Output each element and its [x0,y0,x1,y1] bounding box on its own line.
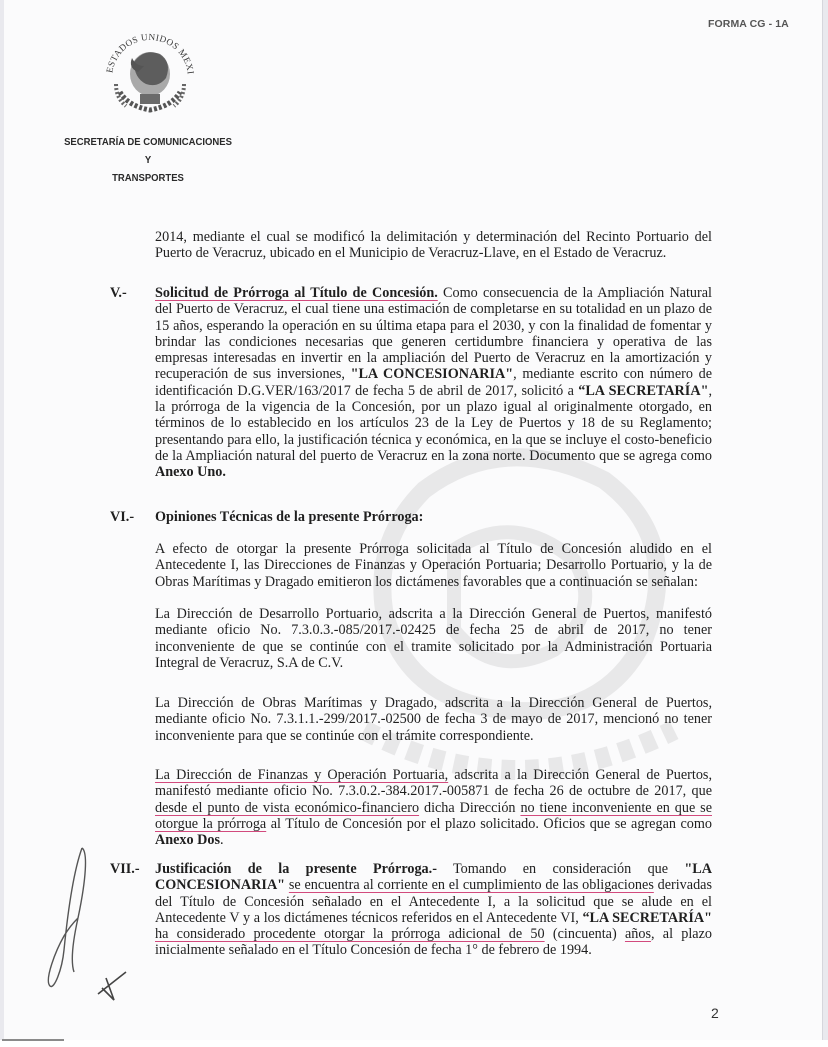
section-v-paragraph: Solicitud de Prórroga al Título de Conce… [155,285,712,481]
form-code: FORMA CG - 1A [708,18,789,30]
page-number: 2 [711,1005,719,1021]
agency-line-2: Y [49,152,247,170]
annex-dos: Anexo Dos [155,832,220,848]
agency-line-1: SECRETARÍA DE COMUNICACIONES [49,134,247,152]
secretaria-ref: “LA SECRETARÍA" [578,383,708,399]
highlight-anos: años [625,926,651,942]
section-vi-paragraph-4: La Dirección de Finanzas y Operación Por… [155,767,712,848]
agency-line-3: TRANSPORTES [49,170,247,188]
p4-end: . [220,832,224,848]
highlight-al-corriente: se encuentra al corriente en el cumplimi… [289,877,654,893]
annex-uno: Anexo Uno. [155,464,226,480]
section-number-vi: VI.- [110,509,134,525]
section-vi-paragraph-3: La Dirección de Obras Marítimas y Dragad… [155,695,712,744]
highlight-prorroga-50: ha considerado procedente otorgar la pró… [155,926,545,942]
p4-text-c: al Título de Concesión por el plazo soli… [266,816,712,832]
p4-text-b: dicha Dirección [419,800,520,816]
section-v-title: Solicitud de Prórroga al Título de Conce… [155,285,438,301]
page-bottom-line [2,1039,64,1041]
section-vi-paragraph-2: La Dirección de Desarrollo Portuario, ad… [155,606,712,671]
mexican-coat-of-arms-icon: ESTADOS UNIDOS MEXICANOS [98,22,202,126]
secretaria-ref: “LA SECRETARÍA" [582,910,712,926]
section-vii-title: Justificación de la presente Prórroga.- [155,861,437,877]
section-vii-paragraph: Justificación de la presente Prórroga.- … [155,861,712,959]
section-vi-title: Opiniones Técnicas de la presente Prórro… [155,509,712,525]
vii-text-c: (cincuenta) [545,926,625,942]
concesionaria-ref: "LA CONCESIONARIA" [351,366,514,382]
vii-text-a: Tomando en consideración que [437,861,684,877]
highlight-economico: desde el punto de vista económico-financ… [155,800,419,816]
document-page: FORMA CG - 1A ESTADOS UNIDOS MEXICANOS S… [4,0,823,1040]
section-number-v: V.- [110,285,127,301]
handwritten-signature-icon [24,840,134,1010]
highlight-finanzas: La Dirección de Finanzas y Operación Por… [155,767,448,783]
page-bottom-edge [0,1040,828,1047]
intro-paragraph: 2014, mediante el cual se modificó la de… [155,229,712,262]
section-vi-title-text: Opiniones Técnicas de la presente Prórro… [155,509,423,525]
section-vi-paragraph-1: A efecto de otorgar la presente Prórroga… [155,541,712,590]
agency-name: SECRETARÍA DE COMUNICACIONES Y TRANSPORT… [49,134,247,188]
